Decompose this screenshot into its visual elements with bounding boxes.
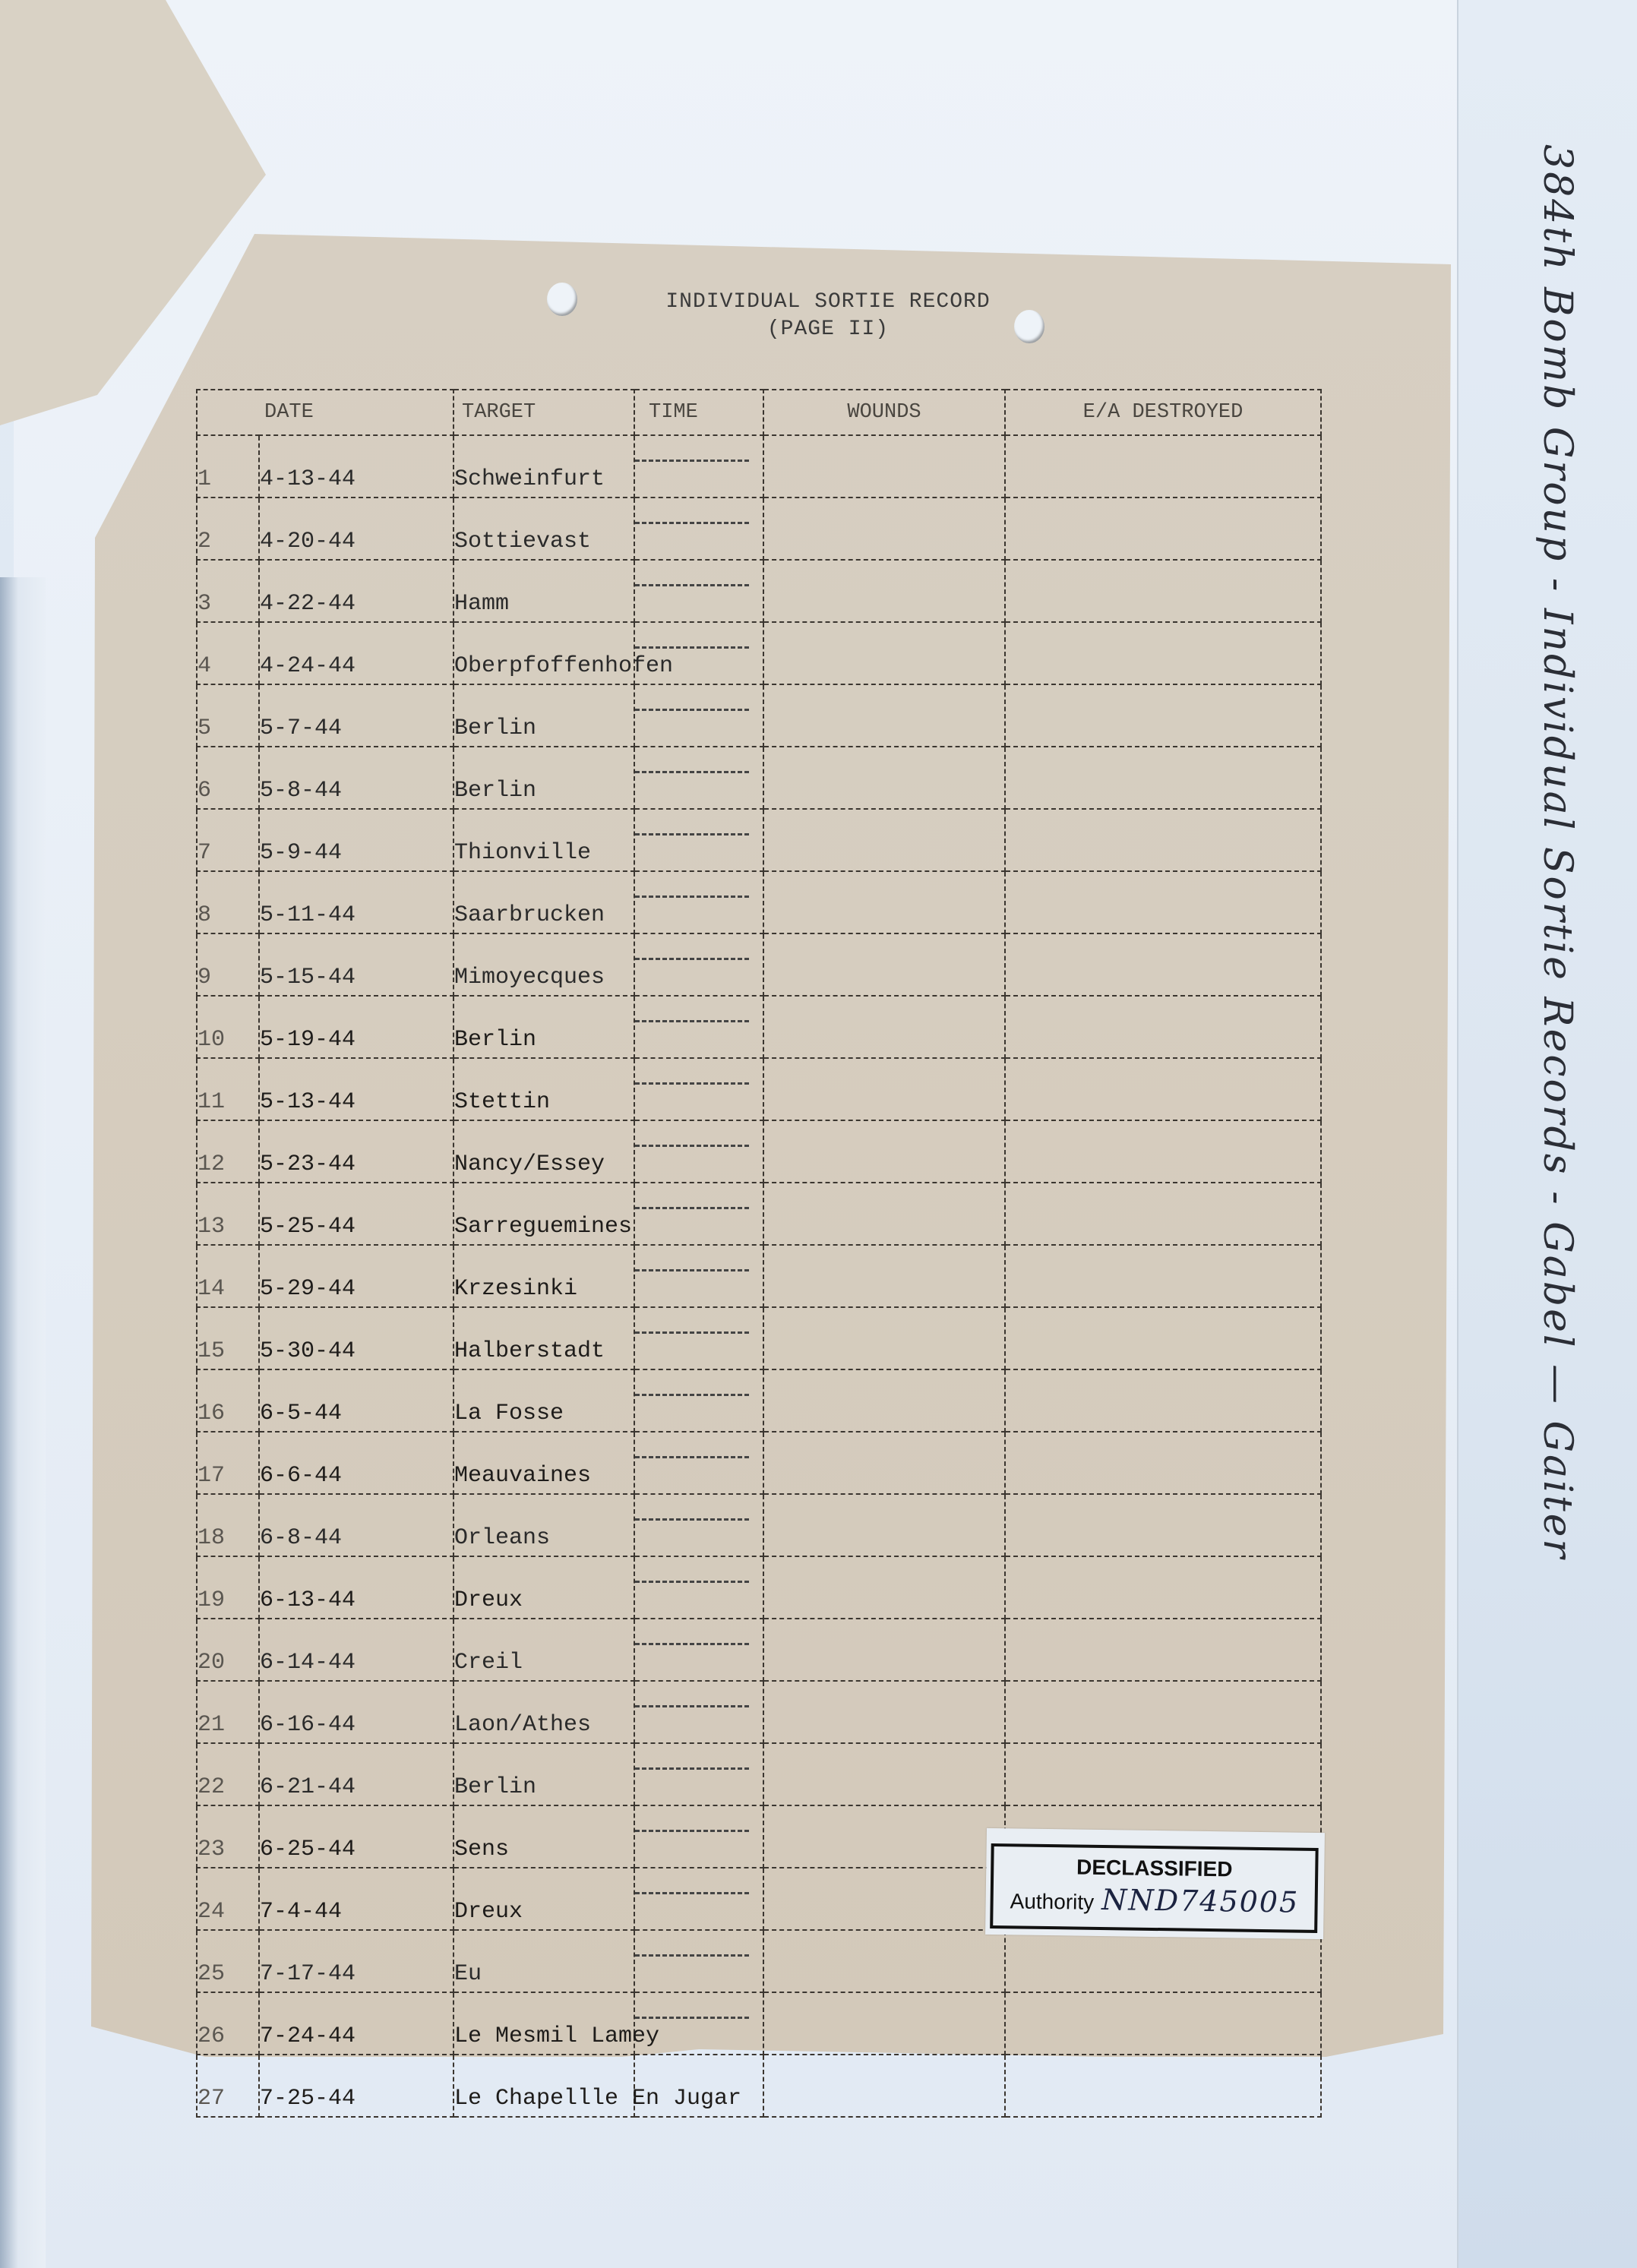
row-date: 5-25-44 — [259, 1183, 453, 1245]
table-row: 55-7-44Berlin — [197, 684, 1321, 747]
row-wounds — [763, 1058, 1005, 1120]
table-header-row: DATE TARGET TIME WOUNDS E/A DESTROYED — [197, 390, 1321, 435]
row-ea-destroyed — [1005, 1120, 1321, 1183]
time-blank-dashes — [635, 1767, 749, 1770]
time-blank-dashes — [635, 771, 749, 773]
row-wounds — [763, 435, 1005, 498]
table-row: 226-21-44Berlin — [197, 1743, 1321, 1805]
row-target: Meauvaines — [453, 1432, 634, 1494]
row-ea-destroyed — [1005, 809, 1321, 871]
row-time — [634, 1681, 763, 1743]
row-date: 5-23-44 — [259, 1120, 453, 1183]
row-time — [634, 1183, 763, 1245]
row-date: 4-13-44 — [259, 435, 453, 498]
table-row: 257-17-44Eu — [197, 1930, 1321, 1992]
row-number: 19 — [197, 1556, 259, 1619]
table-row: 277-25-44Le Chapellle En Jugar — [197, 2055, 1321, 2117]
row-ea-destroyed — [1005, 996, 1321, 1058]
row-target: Sottievast — [453, 498, 634, 560]
row-target: Mimoyecques — [453, 933, 634, 996]
stamp-authority-value: NND745005 — [1101, 1883, 1300, 1919]
row-ea-destroyed — [1005, 933, 1321, 996]
row-number: 4 — [197, 622, 259, 684]
time-blank-dashes — [635, 1705, 749, 1707]
row-ea-destroyed — [1005, 747, 1321, 809]
row-wounds — [763, 1432, 1005, 1494]
table-row: 267-24-44Le Mesmil Lamey — [197, 1992, 1321, 2055]
stamp-authority: AuthorityNND745005 — [993, 1881, 1315, 1919]
row-date: 7-25-44 — [259, 2055, 453, 2117]
row-ea-destroyed — [1005, 560, 1321, 622]
time-blank-dashes — [635, 958, 749, 960]
row-date: 4-24-44 — [259, 622, 453, 684]
table-row: 176-6-44Meauvaines — [197, 1432, 1321, 1494]
column-header-target: TARGET — [453, 390, 634, 435]
row-time — [634, 1120, 763, 1183]
time-blank-dashes — [635, 1331, 749, 1334]
row-ea-destroyed — [1005, 498, 1321, 560]
row-number: 23 — [197, 1805, 259, 1868]
row-time — [634, 1619, 763, 1681]
row-number: 10 — [197, 996, 259, 1058]
row-time — [634, 1432, 763, 1494]
row-ea-destroyed — [1005, 1930, 1321, 1992]
time-blank-dashes — [635, 584, 749, 586]
row-target: Berlin — [453, 996, 634, 1058]
row-target: La Fosse — [453, 1369, 634, 1432]
row-wounds — [763, 1619, 1005, 1681]
row-number: 14 — [197, 1245, 259, 1307]
row-wounds — [763, 996, 1005, 1058]
row-time — [634, 1058, 763, 1120]
column-header-ea-destroyed: E/A DESTROYED — [1005, 390, 1321, 435]
time-blank-dashes — [635, 1394, 749, 1396]
row-date: 7-4-44 — [259, 1868, 453, 1930]
time-blank-dashes — [635, 1830, 749, 1832]
table-row: 75-9-44Thionville — [197, 809, 1321, 871]
row-number: 16 — [197, 1369, 259, 1432]
row-wounds — [763, 933, 1005, 996]
row-date: 5-29-44 — [259, 1245, 453, 1307]
row-ea-destroyed — [1005, 1432, 1321, 1494]
row-ea-destroyed — [1005, 1556, 1321, 1619]
row-target: Stettin — [453, 1058, 634, 1120]
row-time — [634, 1556, 763, 1619]
row-target: Berlin — [453, 684, 634, 747]
row-number: 8 — [197, 871, 259, 933]
row-ea-destroyed — [1005, 1307, 1321, 1369]
column-header-date: DATE — [197, 390, 453, 435]
row-date: 4-22-44 — [259, 560, 453, 622]
row-time — [634, 1930, 763, 1992]
row-wounds — [763, 1868, 1005, 1930]
row-wounds — [763, 684, 1005, 747]
row-date: 6-21-44 — [259, 1743, 453, 1805]
row-ea-destroyed — [1005, 2055, 1321, 2117]
row-ea-destroyed — [1005, 1058, 1321, 1120]
time-blank-dashes — [635, 896, 749, 898]
row-date: 5-15-44 — [259, 933, 453, 996]
row-number: 9 — [197, 933, 259, 996]
column-header-time: TIME — [634, 390, 763, 435]
row-date: 5-8-44 — [259, 747, 453, 809]
row-wounds — [763, 1930, 1005, 1992]
row-time — [634, 1868, 763, 1930]
row-target: Orleans — [453, 1494, 634, 1556]
table-row: 34-22-44Hamm — [197, 560, 1321, 622]
row-date: 5-7-44 — [259, 684, 453, 747]
table-row: 24-20-44Sottievast — [197, 498, 1321, 560]
row-time — [634, 684, 763, 747]
row-wounds — [763, 2055, 1005, 2117]
row-number: 7 — [197, 809, 259, 871]
row-target: Saarbrucken — [453, 871, 634, 933]
row-number: 20 — [197, 1619, 259, 1681]
table-row: 14-13-44Schweinfurt — [197, 435, 1321, 498]
row-number: 13 — [197, 1183, 259, 1245]
row-time — [634, 809, 763, 871]
row-date: 4-20-44 — [259, 498, 453, 560]
row-target: Thionville — [453, 809, 634, 871]
declassified-stamp: DECLASSIFIED AuthorityNND745005 — [985, 1828, 1325, 1939]
row-time — [634, 1245, 763, 1307]
row-date: 5-9-44 — [259, 809, 453, 871]
row-wounds — [763, 622, 1005, 684]
row-date: 5-19-44 — [259, 996, 453, 1058]
row-number: 5 — [197, 684, 259, 747]
row-ea-destroyed — [1005, 1681, 1321, 1743]
table-row: 125-23-44Nancy/Essey — [197, 1120, 1321, 1183]
document-subtitle: (PAGE II) — [562, 317, 1094, 341]
row-time — [634, 1743, 763, 1805]
row-date: 5-13-44 — [259, 1058, 453, 1120]
row-time — [634, 498, 763, 560]
row-ea-destroyed — [1005, 1619, 1321, 1681]
row-target: Creil — [453, 1619, 634, 1681]
table-row: 65-8-44Berlin — [197, 747, 1321, 809]
row-target: Le Chapellle En Jugar — [453, 2055, 634, 2117]
table-row: 105-19-44Berlin — [197, 996, 1321, 1058]
row-target: Berlin — [453, 747, 634, 809]
table-row: 155-30-44Halberstadt — [197, 1307, 1321, 1369]
row-ea-destroyed — [1005, 871, 1321, 933]
time-blank-dashes — [635, 646, 749, 649]
row-number: 15 — [197, 1307, 259, 1369]
row-number: 22 — [197, 1743, 259, 1805]
row-wounds — [763, 1805, 1005, 1868]
row-time — [634, 747, 763, 809]
row-time — [634, 933, 763, 996]
row-ea-destroyed — [1005, 622, 1321, 684]
row-target: Schweinfurt — [453, 435, 634, 498]
row-number: 17 — [197, 1432, 259, 1494]
row-date: 6-25-44 — [259, 1805, 453, 1868]
row-time — [634, 1992, 763, 2055]
row-target: Dreux — [453, 1868, 634, 1930]
row-ea-destroyed — [1005, 1245, 1321, 1307]
row-time — [634, 622, 763, 684]
row-number: 12 — [197, 1120, 259, 1183]
time-blank-dashes — [635, 1581, 749, 1583]
row-ea-destroyed — [1005, 1992, 1321, 2055]
row-ea-destroyed — [1005, 1183, 1321, 1245]
table-row: 85-11-44Saarbrucken — [197, 871, 1321, 933]
row-number: 1 — [197, 435, 259, 498]
row-wounds — [763, 1307, 1005, 1369]
row-time — [634, 1369, 763, 1432]
row-wounds — [763, 1681, 1005, 1743]
row-number: 6 — [197, 747, 259, 809]
time-blank-dashes — [635, 1643, 749, 1645]
table-row: 95-15-44Mimoyecques — [197, 933, 1321, 996]
time-blank-dashes — [635, 1892, 749, 1894]
row-target: Nancy/Essey — [453, 1120, 634, 1183]
row-wounds — [763, 1120, 1005, 1183]
row-target: Dreux — [453, 1556, 634, 1619]
row-number: 21 — [197, 1681, 259, 1743]
table-row: 145-29-44Krzesinki — [197, 1245, 1321, 1307]
row-time — [634, 560, 763, 622]
row-ea-destroyed — [1005, 1743, 1321, 1805]
row-date: 7-24-44 — [259, 1992, 453, 2055]
time-blank-dashes — [635, 1269, 749, 1271]
row-wounds — [763, 1183, 1005, 1245]
row-number: 11 — [197, 1058, 259, 1120]
time-blank-dashes — [635, 1207, 749, 1209]
row-wounds — [763, 1245, 1005, 1307]
time-blank-dashes — [635, 709, 749, 711]
row-wounds — [763, 498, 1005, 560]
row-target: Sens — [453, 1805, 634, 1868]
row-target: Krzesinki — [453, 1245, 634, 1307]
folder-edge — [0, 577, 46, 2268]
row-target: Halberstadt — [453, 1307, 634, 1369]
row-wounds — [763, 1743, 1005, 1805]
stamp-title: DECLASSIFIED — [994, 1854, 1315, 1883]
row-date: 6-13-44 — [259, 1556, 453, 1619]
row-date: 6-16-44 — [259, 1681, 453, 1743]
row-wounds — [763, 1494, 1005, 1556]
row-date: 6-6-44 — [259, 1432, 453, 1494]
row-target: Laon/Athes — [453, 1681, 634, 1743]
row-date: 6-5-44 — [259, 1369, 453, 1432]
row-wounds — [763, 1556, 1005, 1619]
row-ea-destroyed — [1005, 1494, 1321, 1556]
row-wounds — [763, 1992, 1005, 2055]
row-target: Hamm — [453, 560, 634, 622]
stamp-authority-label: Authority — [1010, 1889, 1094, 1914]
row-date: 5-30-44 — [259, 1307, 453, 1369]
document-title: INDIVIDUAL SORTIE RECORD — [562, 290, 1094, 314]
row-time — [634, 996, 763, 1058]
row-wounds — [763, 809, 1005, 871]
time-blank-dashes — [635, 833, 749, 835]
table-row: 44-24-44Oberpfoffenhofen — [197, 622, 1321, 684]
row-number: 2 — [197, 498, 259, 560]
time-blank-dashes — [635, 1518, 749, 1521]
row-time — [634, 1805, 763, 1868]
row-number: 24 — [197, 1868, 259, 1930]
row-ea-destroyed — [1005, 435, 1321, 498]
row-ea-destroyed — [1005, 1369, 1321, 1432]
table-row: 186-8-44Orleans — [197, 1494, 1321, 1556]
row-number: 27 — [197, 2055, 259, 2117]
row-time — [634, 1307, 763, 1369]
row-target: Berlin — [453, 1743, 634, 1805]
table-row: 166-5-44La Fosse — [197, 1369, 1321, 1432]
row-date: 6-14-44 — [259, 1619, 453, 1681]
time-blank-dashes — [635, 1456, 749, 1458]
time-blank-dashes — [635, 1082, 749, 1085]
table-row: 196-13-44Dreux — [197, 1556, 1321, 1619]
row-date: 6-8-44 — [259, 1494, 453, 1556]
row-wounds — [763, 871, 1005, 933]
row-ea-destroyed — [1005, 684, 1321, 747]
row-date: 5-11-44 — [259, 871, 453, 933]
row-target: Sarreguemines — [453, 1183, 634, 1245]
row-number: 25 — [197, 1930, 259, 1992]
table-row: 115-13-44Stettin — [197, 1058, 1321, 1120]
row-number: 26 — [197, 1992, 259, 2055]
row-date: 7-17-44 — [259, 1930, 453, 1992]
row-time — [634, 1494, 763, 1556]
column-header-wounds: WOUNDS — [763, 390, 1005, 435]
row-target: Eu — [453, 1930, 634, 1992]
row-time — [634, 435, 763, 498]
time-blank-dashes — [635, 460, 749, 462]
row-target: Oberpfoffenhofen — [453, 622, 634, 684]
time-blank-dashes — [635, 2017, 749, 2019]
time-blank-dashes — [635, 1145, 749, 1147]
time-blank-dashes — [635, 1020, 749, 1022]
row-wounds — [763, 1369, 1005, 1432]
row-number: 18 — [197, 1494, 259, 1556]
table-row: 216-16-44Laon/Athes — [197, 1681, 1321, 1743]
handwritten-margin-note: 384th Bomb Group - Individual Sortie Rec… — [1534, 144, 1580, 1572]
row-wounds — [763, 560, 1005, 622]
row-number: 3 — [197, 560, 259, 622]
time-blank-dashes — [635, 522, 749, 524]
row-target: Le Mesmil Lamey — [453, 1992, 634, 2055]
table-row: 206-14-44Creil — [197, 1619, 1321, 1681]
table-row: 135-25-44Sarreguemines — [197, 1183, 1321, 1245]
time-blank-dashes — [635, 1954, 749, 1957]
row-wounds — [763, 747, 1005, 809]
row-time — [634, 871, 763, 933]
